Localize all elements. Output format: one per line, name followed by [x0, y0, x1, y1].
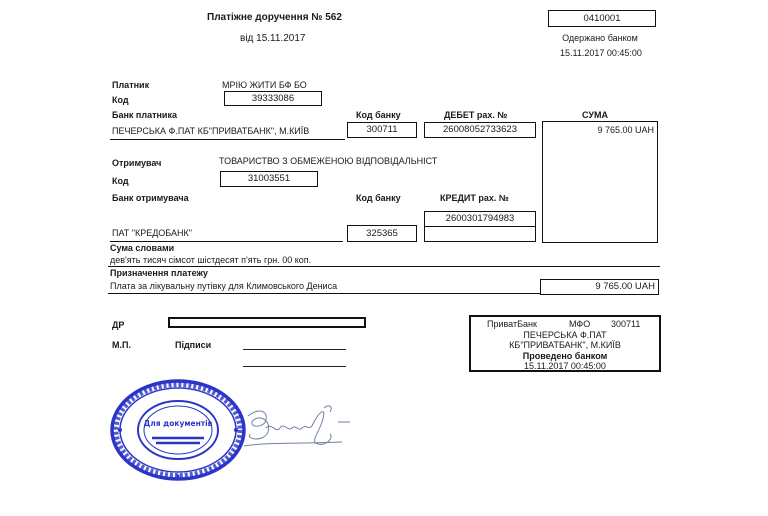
payer-bank-underline [110, 139, 345, 140]
document-title: Платіжне доручення № 562 [207, 12, 342, 23]
amount-words-underline [108, 266, 660, 267]
recipient-code-box: 31003551 [220, 171, 318, 187]
recipient-bank-code-box: 325365 [347, 225, 417, 242]
form-code-box: 0410001 [548, 10, 656, 27]
mp-label: М.П. [112, 340, 131, 350]
recipient-bank-code: 325365 [366, 229, 398, 239]
payer-bank-code-box: 300711 [347, 122, 417, 138]
stamp-line2: КБ"ПРИВАТБАНК", М.КИЇВ [471, 340, 659, 350]
recipient-code-label: Код [112, 176, 129, 186]
document-date: від 15.11.2017 [240, 33, 305, 44]
received-datetime: 15.11.2017 00:45:00 [551, 48, 651, 58]
payer-label: Платник [112, 80, 149, 90]
company-seal: Для документів [108, 378, 248, 483]
payer-code: 39333086 [252, 94, 294, 104]
sum-amount: 9 765.00 UAH [597, 125, 654, 135]
payer-bank-code: 300711 [367, 125, 398, 135]
svg-text:Для документів: Для документів [144, 419, 213, 428]
recipient-bank-label: Банк отримувача [112, 193, 189, 203]
stamp-bank: ПриватБанк [487, 319, 537, 329]
purpose-amount: 9 765.00 UAH [595, 282, 655, 292]
seal-icon: Для документів [108, 378, 248, 483]
recipient-name: ТОВАРИСТВО З ОБМЕЖЕНОЮ ВІДПОВІДАЛЬНІСТ [219, 156, 437, 166]
recipient-bank-code-label: Код банку [356, 193, 401, 203]
handwritten-signature [238, 398, 358, 458]
credit-account-box-extra [424, 226, 536, 242]
amount-words-text: дев'ять тисяч сімсот шістдесят п'ять грн… [110, 255, 311, 265]
stamp-processed-label: Проведено банком [471, 351, 659, 361]
signature-line-1 [243, 349, 346, 350]
stamp-mfo: 300711 [611, 319, 640, 329]
purpose-label: Призначення платежу [110, 268, 208, 278]
recipient-bank-name: ПАТ "КРЕДОБАНК" [112, 228, 192, 238]
debit-label: ДЕБЕТ рах. № [444, 110, 507, 120]
signatures-label: Підписи [175, 340, 211, 350]
form-code: 0410001 [584, 14, 621, 24]
received-label: Одержано банком [560, 33, 640, 43]
debit-account: 26008052733623 [443, 125, 517, 135]
purpose-underline [108, 293, 540, 294]
signature-icon [238, 398, 358, 458]
recipient-label: Отримувач [112, 158, 161, 168]
payer-code-box: 39333086 [224, 91, 322, 106]
credit-account: 2600301794983 [446, 214, 515, 224]
amount-words-label: Сума словами [110, 243, 174, 253]
bank-processed-stamp: ПриватБанк МФО 300711 ПЕЧЕРСЬКА Ф.ПАТ КБ… [469, 315, 661, 372]
payer-bank-label: Банк платника [112, 110, 177, 120]
payer-bank-code-label: Код банку [356, 110, 401, 120]
stamp-processed-datetime: 15.11.2017 00:45:00 [471, 361, 659, 371]
stamp-mfo-label: МФО [569, 319, 590, 329]
debit-account-box: 26008052733623 [424, 122, 536, 138]
credit-label: КРЕДИТ рах. № [440, 193, 509, 203]
payer-name: МРІЮ ЖИТИ БФ БО [222, 80, 307, 90]
sum-box: 9 765.00 UAH [542, 121, 658, 243]
purpose-text: Плата за лікувальну путівку для Климовсь… [110, 281, 337, 291]
payer-bank-name: ПЕЧЕРСЬКА Ф.ПАТ КБ"ПРИВАТБАНК", М.КИЇВ [112, 126, 309, 136]
signature-line-2 [243, 366, 346, 367]
dr-label: ДР [112, 320, 124, 330]
credit-account-box: 2600301794983 [424, 211, 536, 227]
payer-code-label: Код [112, 95, 129, 105]
purpose-amount-box: 9 765.00 UAH [540, 279, 659, 295]
recipient-code: 31003551 [248, 174, 290, 184]
sum-label: СУМА [582, 110, 608, 120]
stamp-line1: ПЕЧЕРСЬКА Ф.ПАТ [471, 330, 659, 340]
dr-field [168, 317, 366, 328]
recipient-bank-underline [110, 241, 343, 242]
